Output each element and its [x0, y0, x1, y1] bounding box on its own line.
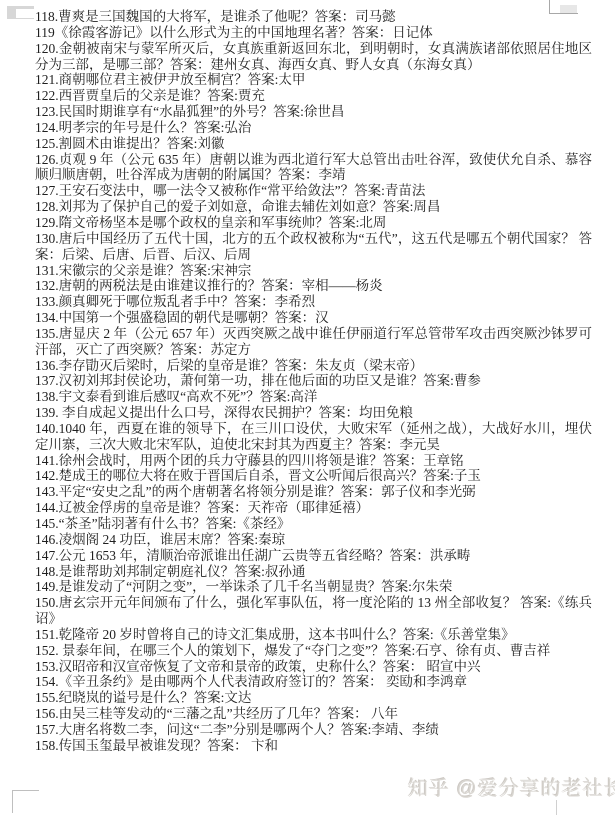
question-item: 127.王安石变法中，哪一法令又被称作“常平给敛法”？答案:青苗法	[35, 183, 592, 199]
question-item: 147.公元 1653 年，清顺治帝派谁出任湖广云贵等五省经略？答案：洪承畴	[35, 548, 592, 564]
question-item: 133.颜真卿死于哪位叛乱者手中？答案：李希烈	[35, 294, 592, 310]
question-item: 121.商朝哪位君主被伊尹放至桐宫？答案:太甲	[35, 72, 592, 88]
question-item: 132.唐朝的两税法是由谁建议推行的？答案：宰相——杨炎	[35, 278, 592, 294]
question-item: 152. 景泰年间，在哪三个人的策划下，爆发了“夺门之变”？答案:石亨、徐有贞、…	[35, 643, 592, 659]
question-item: 120.金朝被南宋与蒙军所灭后，女真族重新返回东北，到明朝时，女真满族诸部依照居…	[35, 41, 592, 73]
question-item: 124.明孝宗的年号是什么？答案:弘治	[35, 120, 592, 136]
question-item: 145.“茶圣”陆羽著有什么书？答案:《茶经》	[35, 516, 592, 532]
question-item: 151.乾隆帝 20 岁时曾将自己的诗文汇集成册，这本书叫什么？答案:《乐善堂集…	[35, 627, 592, 643]
question-item: 128.刘邦为了保护自己的爱子刘如意，命谁去辅佐刘如意？答案:周昌	[35, 199, 592, 215]
question-item: 143.平定“安史之乱”的两个唐朝著名将领分别是谁？答案：郭子仪和李光弼	[35, 484, 592, 500]
question-item: 150.唐玄宗开元年间颁布了什么，强化军事队伍，将一度沦陷的 13 州全部收复？…	[35, 595, 592, 627]
question-item: 154.《辛丑条约》是由哪两个人代表清政府签订的？答案： 奕劻和李鸿章	[35, 674, 592, 690]
question-item: 129.隋文帝杨坚本是哪个政权的皇亲和军事统帅？答案:北周	[35, 215, 592, 231]
question-item: 155.纪晓岚的谥号是什么？答案:文达	[35, 690, 592, 706]
question-item: 125.割圆术由谁提出？答案:刘徽	[35, 136, 592, 152]
question-item: 118.曹爽是三国魏国的大将军，是谁杀了他呢？答案：司马懿	[35, 9, 592, 25]
question-item: 153.汉昭帝和汉宣帝恢复了文帝和景帝的政策，史称什么？答案： 昭宣中兴	[35, 659, 592, 675]
question-item: 131.宋徽宗的父亲是谁？答案:宋神宗	[35, 263, 592, 279]
zhihu-watermark: 知乎 @爱分享的老社长	[408, 772, 608, 801]
question-item: 141.徐州会战时，用两个团的兵力守藤县的四川将领是谁？答案：王章铭	[35, 453, 592, 469]
scan-line-bottom-right	[556, 800, 557, 815]
question-item: 123.民国时期谁享有“水晶狐狸”的外号？答案:徐世昌	[35, 104, 592, 120]
question-item: 156.由吴三桂等发动的“三藩之乱”共经历了几年？答案： 八年	[35, 706, 592, 722]
question-item: 122.西晋贾皇后的父亲是谁？答案:贾充	[35, 88, 592, 104]
question-item: 134.中国第一个强盛稳固的朝代是哪朝？答案：汉	[35, 310, 592, 326]
question-item: 130.唐后中国经历了五代十国，北方的五个政权被称为“五代”，这五代是哪五个朝代…	[35, 231, 592, 263]
question-item: 138.宇文泰看到谁后感叹“高欢不死”？答案:高洋	[35, 389, 592, 405]
question-item: 142.楚成王的哪位大将在败于晋国后自杀，晋文公听闻后很高兴？答案:子玉	[35, 468, 592, 484]
question-item: 146.凌烟阁 24 功臣，谁居末席？答案:秦琼	[35, 532, 592, 548]
question-item: 136.李存勖灭后梁时，后梁的皇帝是谁？答案：朱友贞（梁末帝）	[35, 358, 592, 374]
question-item: 158.传国玉玺最早被谁发现？答案： 卞和	[35, 738, 592, 754]
question-item: 140.1040 年，西夏在谁的领导下，在三川口设伏，大败宋军（延州之战），大战…	[35, 421, 592, 453]
question-item: 126.贞观 9 年（公元 635 年）唐朝以谁为西北道行军大总管出击吐谷浑，致…	[35, 152, 592, 184]
page-margin-corner-mark-bottom-left	[12, 790, 39, 813]
question-item: 135.唐显庆 2 年（公元 657 年）灭西突厥之战中谁任伊丽道行军总管带军攻…	[35, 326, 592, 358]
question-item: 137.汉初刘邦封侯论功，萧何第一功，排在他后面的功臣又是谁？答案:曹参	[35, 373, 592, 389]
question-item: 149.是谁发动了“河阴之变”，一举诛杀了几千名当朝显贵？答案:尔朱荣	[35, 579, 592, 595]
question-item: 119《徐霞客游记》以什么形式为主的中国地理名著？答案：日记体	[35, 25, 592, 41]
document-page: { "page": { "background": "#ffffff", "te…	[0, 0, 615, 815]
question-item: 157.大唐名将数二李，问这“二李”分别是哪两个人？答案:李靖、李绩	[35, 722, 592, 738]
question-item: 139. 李自成起义提出什么口号，深得农民拥护？答案：均田免粮	[35, 405, 592, 421]
question-list: 118.曹爽是三国魏国的大将军，是谁杀了他呢？答案：司马懿119《徐霞客游记》以…	[35, 9, 592, 754]
question-item: 148.是谁帮助刘邦制定朝庭礼仪？答案:叔孙通	[35, 564, 592, 580]
question-item: 144.辽被金俘虏的皇帝是谁？答案：天祚帝（耶律延禧）	[35, 500, 592, 516]
